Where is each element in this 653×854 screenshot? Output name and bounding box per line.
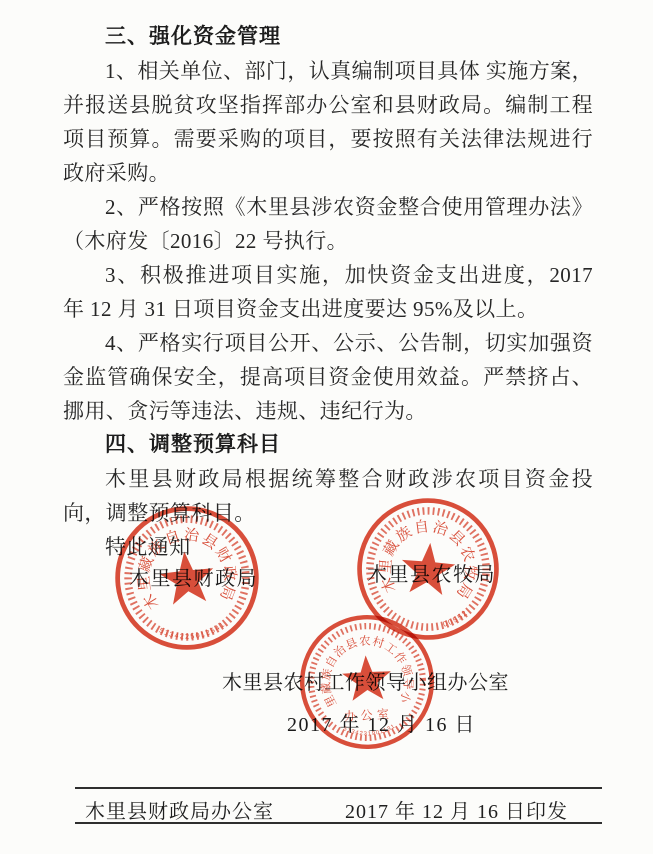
official-seal-finance-bureau: 木里藏族自治县财政局 5134225012541 [103, 494, 270, 661]
document-body: 三、强化资金管理 1、相关单位、部门，认真编制项目具体 实施方案，并报送县脱贫攻… [63, 20, 593, 564]
paragraph-1: 1、相关单位、部门，认真编制项目具体 实施方案，并报送县脱贫攻坚指挥部办公室和县… [63, 54, 593, 190]
paragraph-2: 2、严格按照《木里县涉农资金整合使用管理办法》（木府发〔2016〕22 号执行。 [63, 190, 593, 258]
star-icon [341, 654, 392, 701]
official-seal-rural-work-group: 木里藏族自治县农村工作领导小组 办公室 5134231901131 [292, 607, 441, 756]
footer-rule-top [75, 787, 602, 789]
section-heading-three: 三、强化资金管理 [63, 20, 593, 54]
seal-bottom-text: 办公室 [344, 706, 394, 724]
footer-issuing-office: 木里县财政局办公室 [85, 795, 274, 824]
star-icon [399, 541, 457, 596]
footer-print-date: 2017 年 12 月 16 日印发 [345, 795, 568, 824]
paragraph-3: 3、积极推进项目实施，加快资金支出进度，2017 年 12 月 31 日项目资金… [63, 258, 593, 326]
scanned-official-document: 三、强化资金管理 1、相关单位、部门，认真编制项目具体 实施方案，并报送县脱贫攻… [0, 0, 653, 854]
footer: 木里县财政局办公室 2017 年 12 月 16 日印发 [85, 795, 568, 824]
section-heading-four: 四、调整预算科目 [63, 428, 593, 462]
seal-serial-number: 5134231901131 [342, 723, 397, 738]
star-icon [157, 549, 216, 606]
paragraph-4: 4、严格实行项目公开、公示、公告制，切实加强资金监管确保安全，提高项目资金使用效… [63, 326, 593, 428]
